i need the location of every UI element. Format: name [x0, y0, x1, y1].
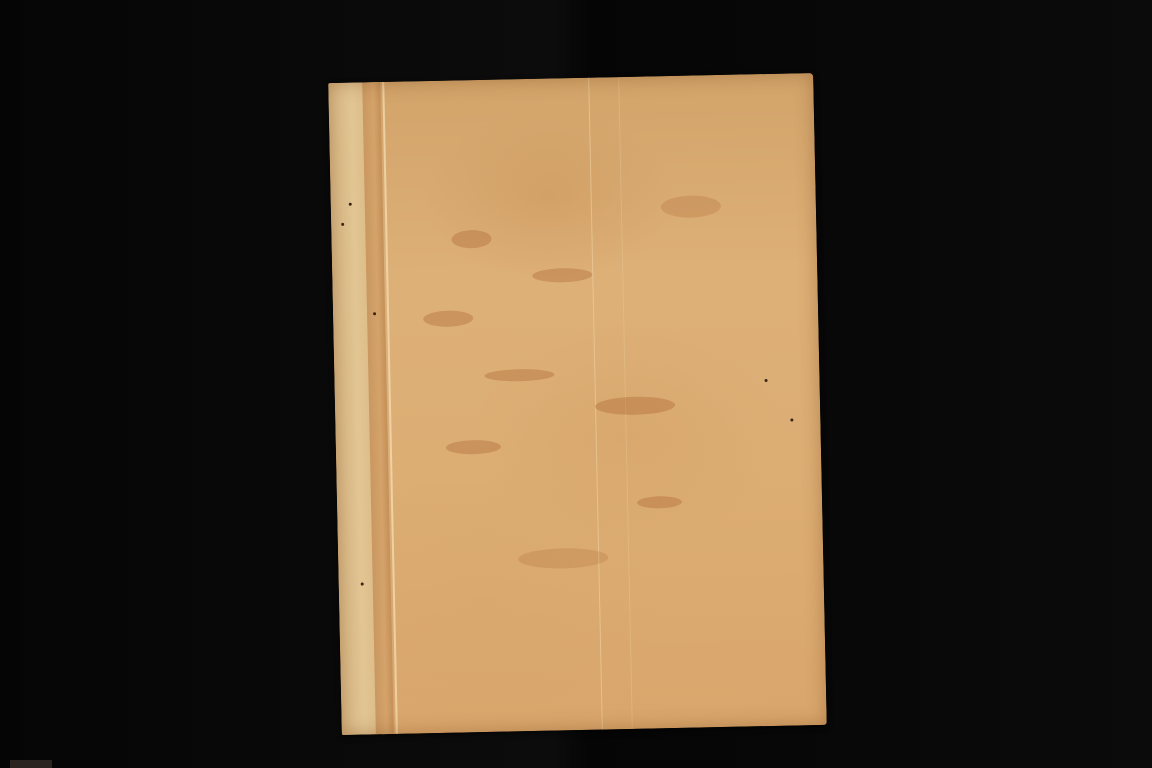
cover-paper [328, 73, 827, 735]
wear-dot [349, 203, 352, 206]
wear-dot [790, 418, 793, 421]
wear-dot [765, 379, 768, 382]
book-cover [328, 73, 827, 735]
wear-dot [341, 223, 344, 226]
frame-edge [10, 760, 52, 768]
wear-dot [361, 583, 364, 586]
wear-dot [373, 312, 376, 315]
